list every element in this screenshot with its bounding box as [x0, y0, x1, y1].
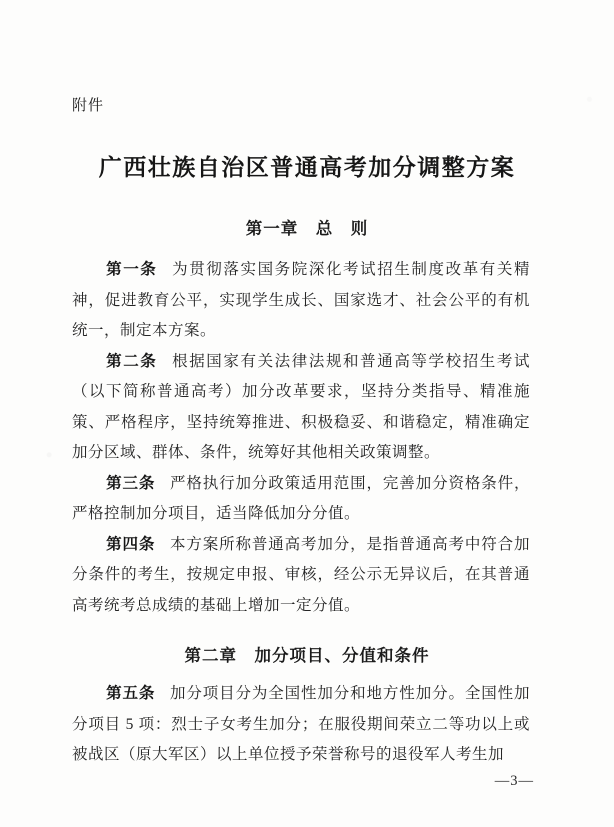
chapter-2-body: 第五条加分项目分为全国性加分和地方性加分。全国性加分项目 5 项：烈士子女考生加… — [0, 679, 614, 771]
page-number: —3— — [495, 773, 534, 790]
chapter-1-heading: 第一章 总 则 — [0, 218, 614, 240]
chapter-1-body: 第一条为贯彻落实国务院深化考试招生制度改革有关精神，促进教育公平，实现学生成长、… — [0, 255, 614, 621]
article-5-paragraph: 第五条加分项目分为全国性加分和地方性加分。全国性加分项目 5 项：烈士子女考生加… — [72, 679, 530, 771]
article-2-paragraph: 第二条根据国家有关法律法规和普通高等学校招生考试（以下简称普通高考）加分改革要求… — [72, 347, 530, 469]
article-4-label: 第四条 — [106, 536, 155, 553]
attachment-label: 附件 — [72, 97, 614, 115]
article-1-label: 第一条 — [106, 261, 157, 278]
article-5-label: 第五条 — [106, 685, 155, 702]
article-1-paragraph: 第一条为贯彻落实国务院深化考试招生制度改革有关精神，促进教育公平，实现学生成长、… — [72, 255, 530, 347]
chapter-2-heading: 第二章 加分项目、分值和条件 — [0, 645, 614, 667]
document-title: 广西壮族自治区普通高考加分调整方案 — [42, 152, 572, 184]
article-2-label: 第二条 — [106, 353, 157, 370]
article-4-paragraph: 第四条本方案所称普通高考加分，是指普通高考中符合加分条件的考生，按规定申报、审核… — [72, 530, 530, 622]
article-3-paragraph: 第三条严格执行加分政策适用范围，完善加分资格条件，严格控制加分项目，适当降低加分… — [72, 469, 530, 530]
document-page: 附件 广西壮族自治区普通高考加分调整方案 第一章 总 则 第一条为贯彻落实国务院… — [0, 0, 614, 827]
article-3-label: 第三条 — [106, 475, 155, 492]
